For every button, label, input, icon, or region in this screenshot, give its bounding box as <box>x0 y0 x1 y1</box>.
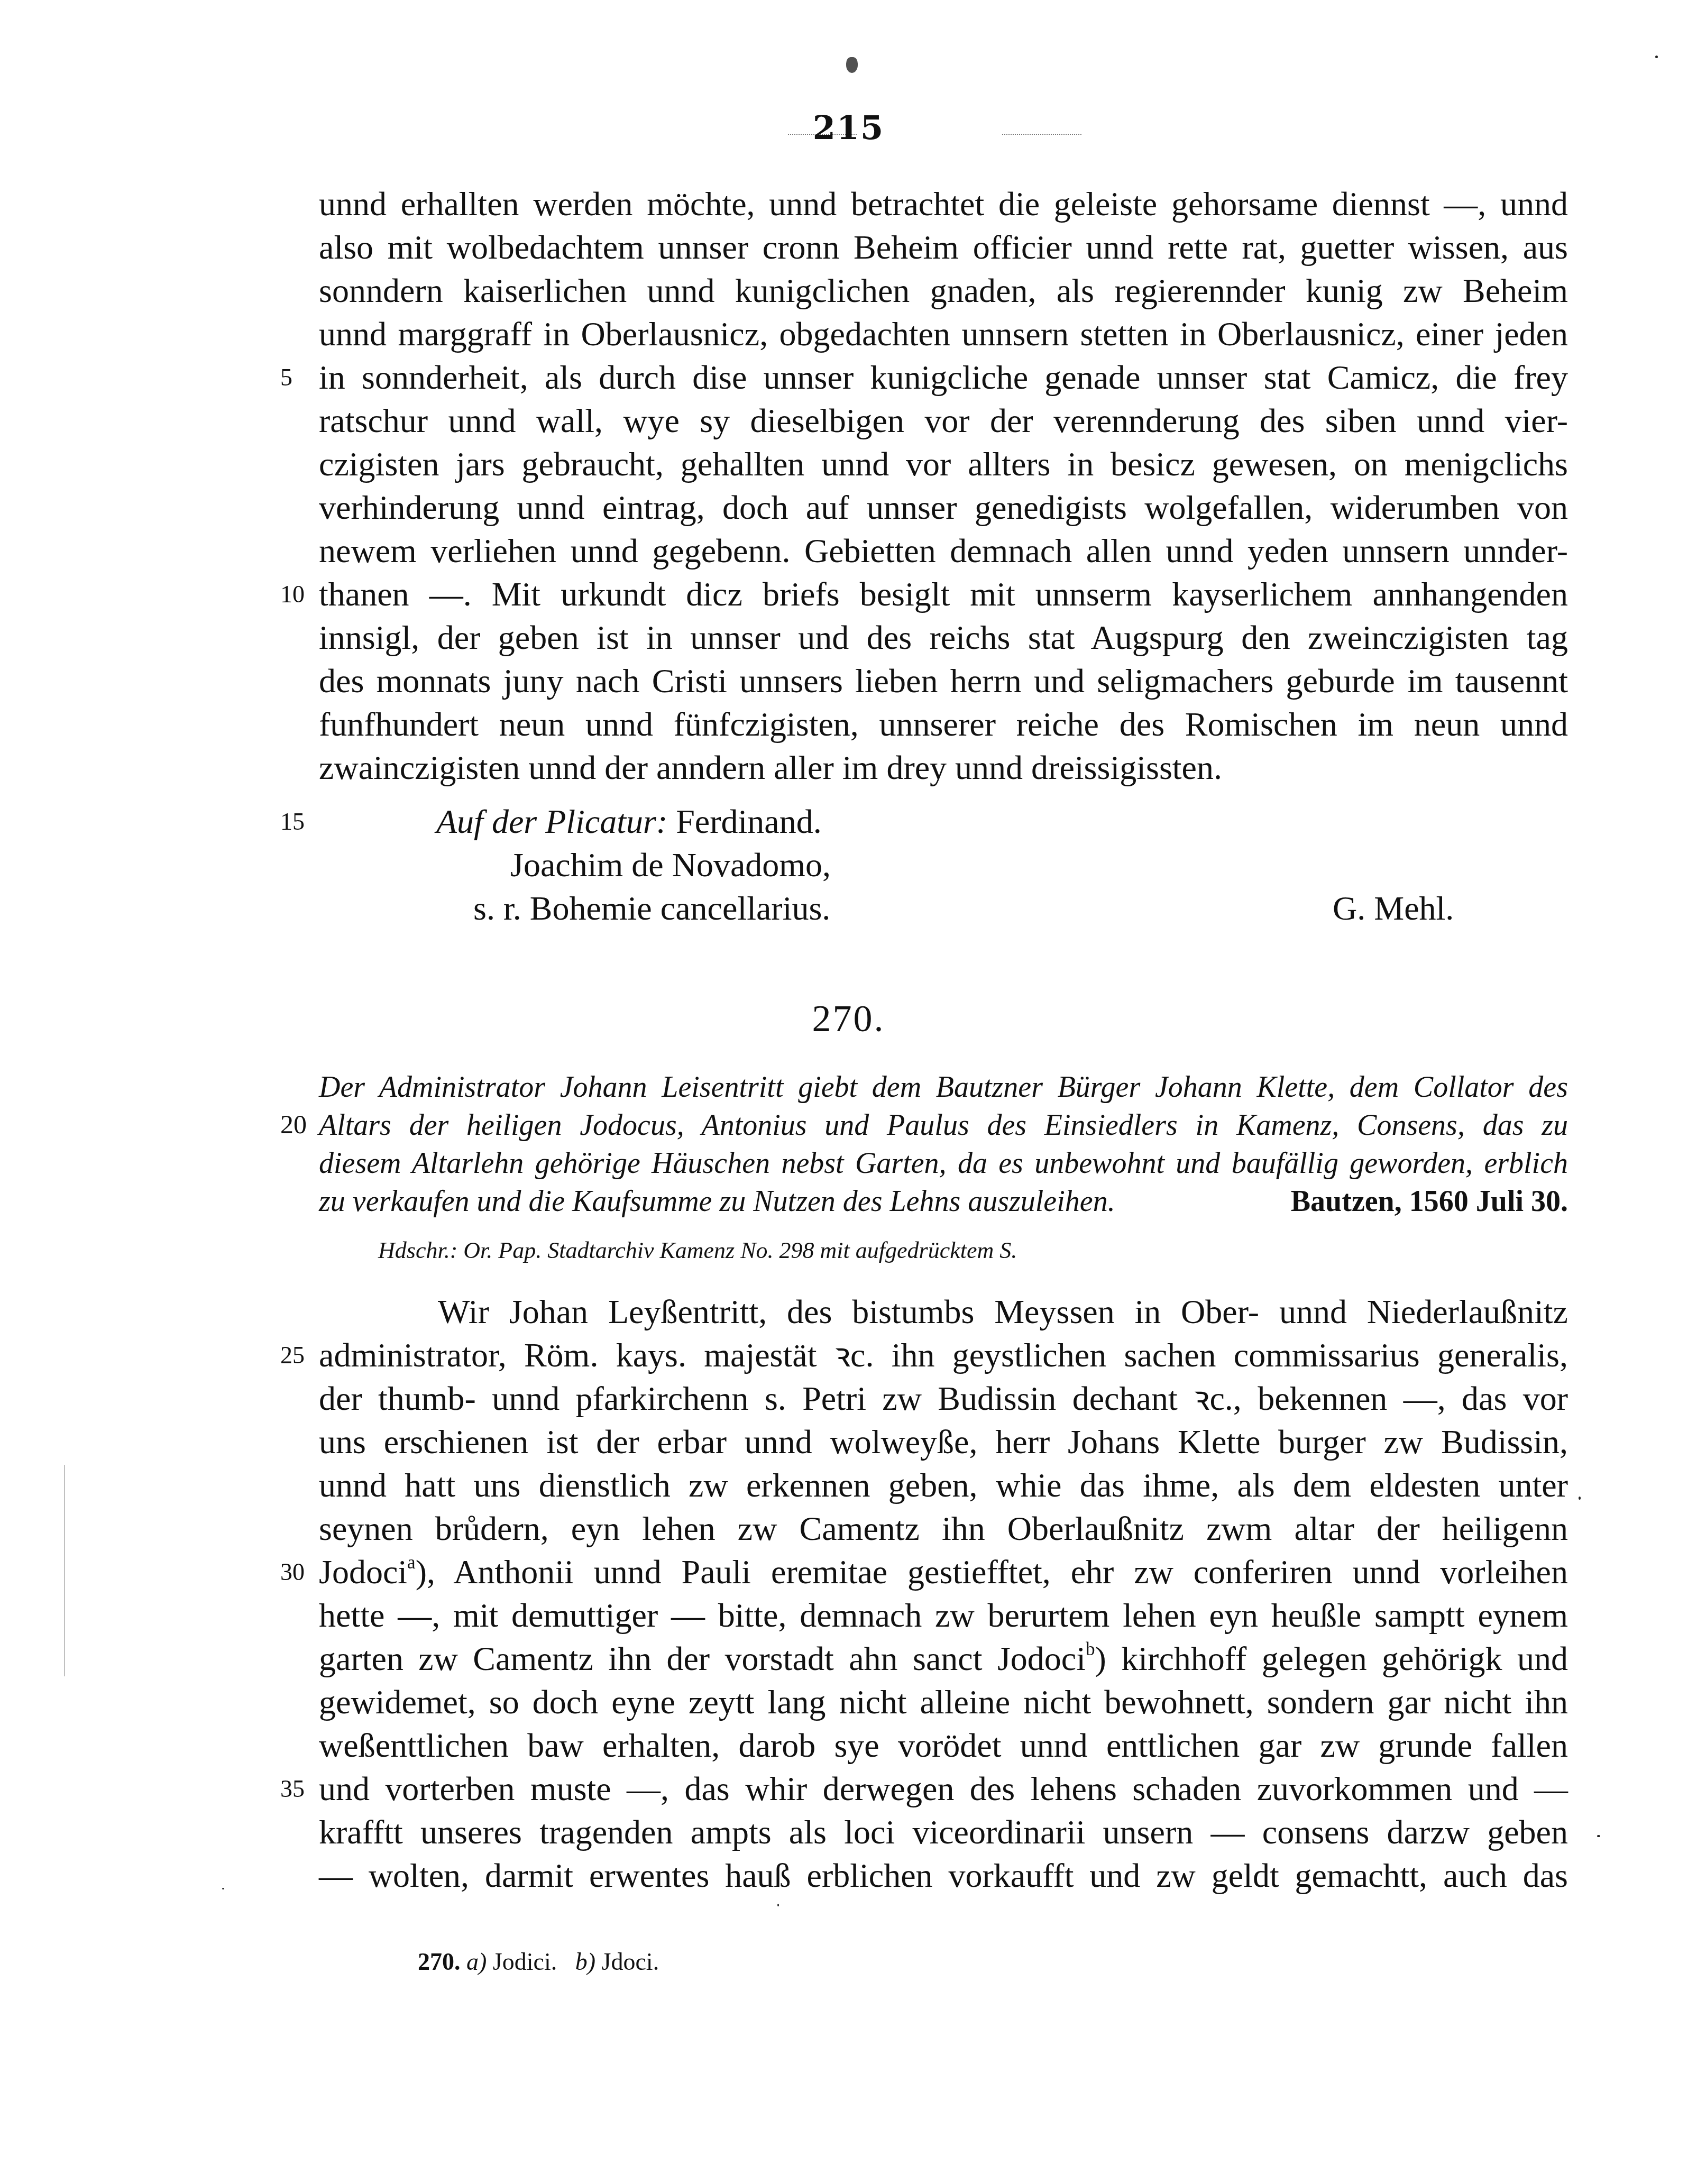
text-line: innsigl, der geben ist in unnser und des… <box>319 616 1568 659</box>
footnote-a-mark: a) <box>466 1948 487 1975</box>
text-line: thanen —. Mit urkundt dicz briefs besigl… <box>319 573 1568 616</box>
scan-speck <box>1597 1835 1600 1837</box>
chancellor-name: Joachim de Novadomo, <box>510 843 831 887</box>
line-number: 35 <box>280 1767 305 1811</box>
secretary-signature: G. Mehl. <box>1333 887 1454 930</box>
text-line: der thumb- unnd pfarkirchenn s. Petri zw… <box>319 1377 1568 1420</box>
text-line: des monnats juny nach Cristi unnsers lie… <box>319 659 1568 703</box>
footnote-a-text: Jodici. <box>493 1948 557 1975</box>
regest-line: zu verkaufen und die Kaufsumme zu Nutzen… <box>319 1182 1228 1221</box>
text-line: sonndern kaiserlichen unnd kunigclichen … <box>319 269 1568 313</box>
footnotes: 270. a) Jodici. b) Jdoci. <box>418 1946 659 1978</box>
text-line: funfhundert neun unnd fünfczigisten, unn… <box>319 703 1568 746</box>
line-number: 5 <box>280 356 292 399</box>
text-line: zwainczigisten unnd der anndern aller im… <box>319 746 1568 790</box>
text-line: gewidemet, so doch eyne zeytt lang nicht… <box>319 1681 1568 1724</box>
footnote-marker: b <box>1086 1639 1095 1659</box>
footnote-b-mark: b) <box>575 1948 595 1975</box>
text-line: weßenttlichen baw erhalten, darob sye vo… <box>319 1724 1568 1767</box>
text-line: in sonnderheit, als durch dise unnser ku… <box>319 356 1568 399</box>
text-line: also mit wolbedachtem unnser cronn Behei… <box>319 226 1568 269</box>
text-line: administrator, Röm. kays. majestät ꝛc. i… <box>319 1334 1568 1377</box>
chancellor-title: s. r. Bohemie cancellarius. <box>473 887 830 930</box>
scan-margin-line <box>64 1465 65 1676</box>
text-line: garten zw Camentz ihn der vorstadt ahn s… <box>319 1637 1568 1681</box>
plicatur-name: Ferdinand. <box>676 803 822 840</box>
line-number: 20 <box>280 1103 307 1146</box>
text-segment: ) kirchhoff gelegen gehörigk und <box>1095 1640 1568 1677</box>
text-line: newem verliehen unnd gegebenn. Gebietten… <box>319 529 1568 573</box>
text-line: unnd erhallten werden möchte, unnd betra… <box>319 182 1568 226</box>
footnote-b-text: Jdoci. <box>602 1948 659 1975</box>
document-page: 215 unnd erhallten werden möchte, unnd b… <box>0 0 1697 2184</box>
text-line: unnd hatt uns dienstlich zw erkennen geb… <box>319 1464 1568 1507</box>
text-line: uns erschienen ist der erbar unnd wolwey… <box>319 1420 1568 1464</box>
regest-line: Der Administrator Johann Leisentritt gie… <box>319 1068 1568 1106</box>
text-segment: garten zw Camentz ihn der vorstadt ahn s… <box>319 1640 1086 1677</box>
text-line: und vorterben muste —, das whir derwegen… <box>319 1767 1568 1811</box>
line-number: 25 <box>280 1334 305 1377</box>
place-date: Bautzen, 1560 Juli 30. <box>1291 1182 1568 1221</box>
text-line: ratschur unnd wall, wye sy dieselbigen v… <box>319 399 1568 443</box>
text-line: — wolten, darmit erwentes hauß erblichen… <box>319 1854 1568 1897</box>
text-segment: Jodoci <box>319 1553 407 1591</box>
text-line: Jodocia), Anthonii unnd Pauli eremitae g… <box>319 1550 1568 1594</box>
ink-blot-ornament <box>846 57 858 73</box>
text-segment: ), Anthonii unnd Pauli eremitae gestieff… <box>416 1553 1568 1591</box>
text-line: verhinderung unnd eintrag, doch auf unns… <box>319 486 1568 529</box>
text-line: hette —, mit demuttiger — bitte, demnach… <box>319 1594 1568 1637</box>
plicatur-line: Auf der Plicatur: Ferdinand. <box>436 800 822 843</box>
line-number: 10 <box>280 573 305 616</box>
line-number: 15 <box>280 800 305 843</box>
footnote-marker: a <box>407 1552 416 1573</box>
text-line: unnd marggraff in Oberlausnicz, obgedach… <box>319 313 1568 356</box>
source-note: Hdschr.: Or. Pap. Stadtarchiv Kamenz No.… <box>378 1235 1017 1267</box>
text-line: czigisten jars gebraucht, gehallten unnd… <box>319 443 1568 486</box>
regest-line: Altars der heiligen Jodocus, Antonius un… <box>319 1106 1568 1144</box>
scan-speck <box>1579 1497 1581 1500</box>
scan-speck <box>777 1904 779 1906</box>
plicatur-label: Auf der Plicatur: <box>436 803 667 840</box>
footnote-doc-ref: 270. <box>418 1948 461 1975</box>
line-number: 30 <box>280 1550 305 1594</box>
document-number: 270. <box>0 997 1697 1041</box>
text-line: Wir Johan Leyßentritt, des bistumbs Meys… <box>438 1290 1568 1334</box>
page-number: 215 <box>0 108 1697 147</box>
text-line: seynen brůdern, eyn lehen zw Camentz ihn… <box>319 1507 1568 1550</box>
text-line: krafftt unseres tragenden ampts als loci… <box>319 1811 1568 1854</box>
scan-speck <box>1655 56 1658 58</box>
scan-speck <box>222 1888 224 1889</box>
header-rule-right <box>1002 134 1081 136</box>
regest-line: diesem Altarlehn gehörige Häuschen nebst… <box>319 1144 1568 1182</box>
